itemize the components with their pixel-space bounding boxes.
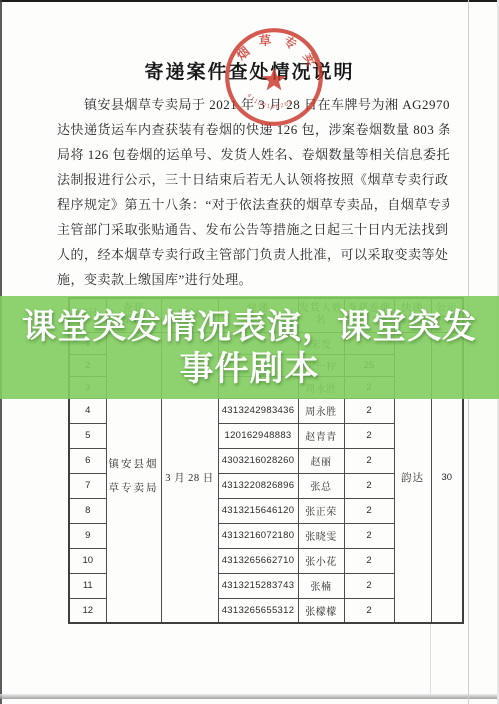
page-bottom-edge	[0, 694, 499, 699]
body-line: 程序规定》第五十八条：“对于依法查获的烟草专卖品，自烟草专卖行政	[57, 192, 449, 217]
cell-qty: 2	[344, 598, 394, 623]
cell-sender: 张檬檬	[298, 598, 344, 623]
seal-star-icon	[262, 68, 286, 91]
cell-qty: 2	[344, 448, 394, 473]
scanned-document-page: 寄递案件查处情况说明 烟草专卖 41100100264 镇安县烟草专卖局于 20…	[0, 0, 499, 704]
cell-serial: 4	[69, 398, 106, 423]
cell-tracking: 4303216028260	[218, 448, 298, 473]
cell-serial: 8	[69, 498, 106, 523]
cell-tracking: 4313216072180	[218, 523, 298, 548]
cell-qty: 2	[344, 398, 394, 423]
cell-serial: 5	[69, 423, 106, 448]
cell-sender: 张晓雯	[298, 523, 344, 548]
cell-tracking: 4313242983436	[218, 398, 298, 423]
red-seal-icon: 烟草专卖 41100100264	[222, 25, 326, 129]
cell-qty: 2	[344, 548, 394, 573]
body-line: 人的，经本烟草专卖行政主管部门负责人批准，可以采取变卖等处理措	[57, 242, 449, 267]
watermark-line-2: 事件剧本	[180, 348, 320, 390]
cell-tracking: 4313265662710	[218, 548, 298, 573]
cell-sender: 张总	[298, 473, 344, 498]
body-line: 施，变卖款上缴国库”进行处理。	[57, 267, 449, 292]
cell-sender: 赵青青	[298, 423, 344, 448]
body-line: 局将 126 包卷烟的运单号、发货人姓名、卷烟数量等相关信息委托西部	[57, 142, 449, 167]
cell-serial: 10	[69, 548, 106, 573]
cell-sender: 张楠	[298, 573, 344, 598]
cell-tracking: 120162948883	[218, 423, 298, 448]
cell-sender: 张小花	[298, 548, 344, 573]
cell-qty: 2	[344, 573, 394, 598]
watermark-line-1: 课堂突发情况表演，课堂突发	[22, 306, 477, 348]
cell-qty: 2	[344, 498, 394, 523]
cell-tracking: 4313215646120	[218, 498, 298, 523]
caption-watermark-band: 课堂突发情况表演，课堂突发 事件剧本	[0, 296, 499, 399]
cell-qty: 2	[344, 423, 394, 448]
page-fold-line	[430, 622, 431, 694]
cell-tracking: 4313220826896	[218, 473, 298, 498]
cell-serial: 6	[69, 448, 106, 473]
page-top-edge	[0, 0, 499, 2]
cell-qty: 2	[344, 473, 394, 498]
body-line: 法制报进行公示，三十日结束后若无人认领将按照《烟草专卖行政处罚	[57, 167, 449, 192]
seal-serial-number: 41100100264	[245, 93, 295, 110]
cell-sender: 周永胜	[298, 398, 344, 423]
body-line: 主管部门采取张贴通告、发布公告等措施之日起三十日内无法找到当事	[57, 217, 449, 242]
cell-sender: 赵丽	[298, 448, 344, 473]
cell-tracking: 4313265655312	[218, 598, 298, 623]
cell-sender: 张正荣	[298, 498, 344, 523]
cell-serial: 11	[69, 573, 106, 598]
cell-serial: 12	[69, 598, 106, 623]
cell-serial: 7	[69, 473, 106, 498]
cell-serial: 9	[69, 523, 106, 548]
svg-text:41100100264: 41100100264	[245, 93, 295, 110]
cell-qty: 2	[344, 523, 394, 548]
cell-tracking: 4313215283743	[218, 573, 298, 598]
